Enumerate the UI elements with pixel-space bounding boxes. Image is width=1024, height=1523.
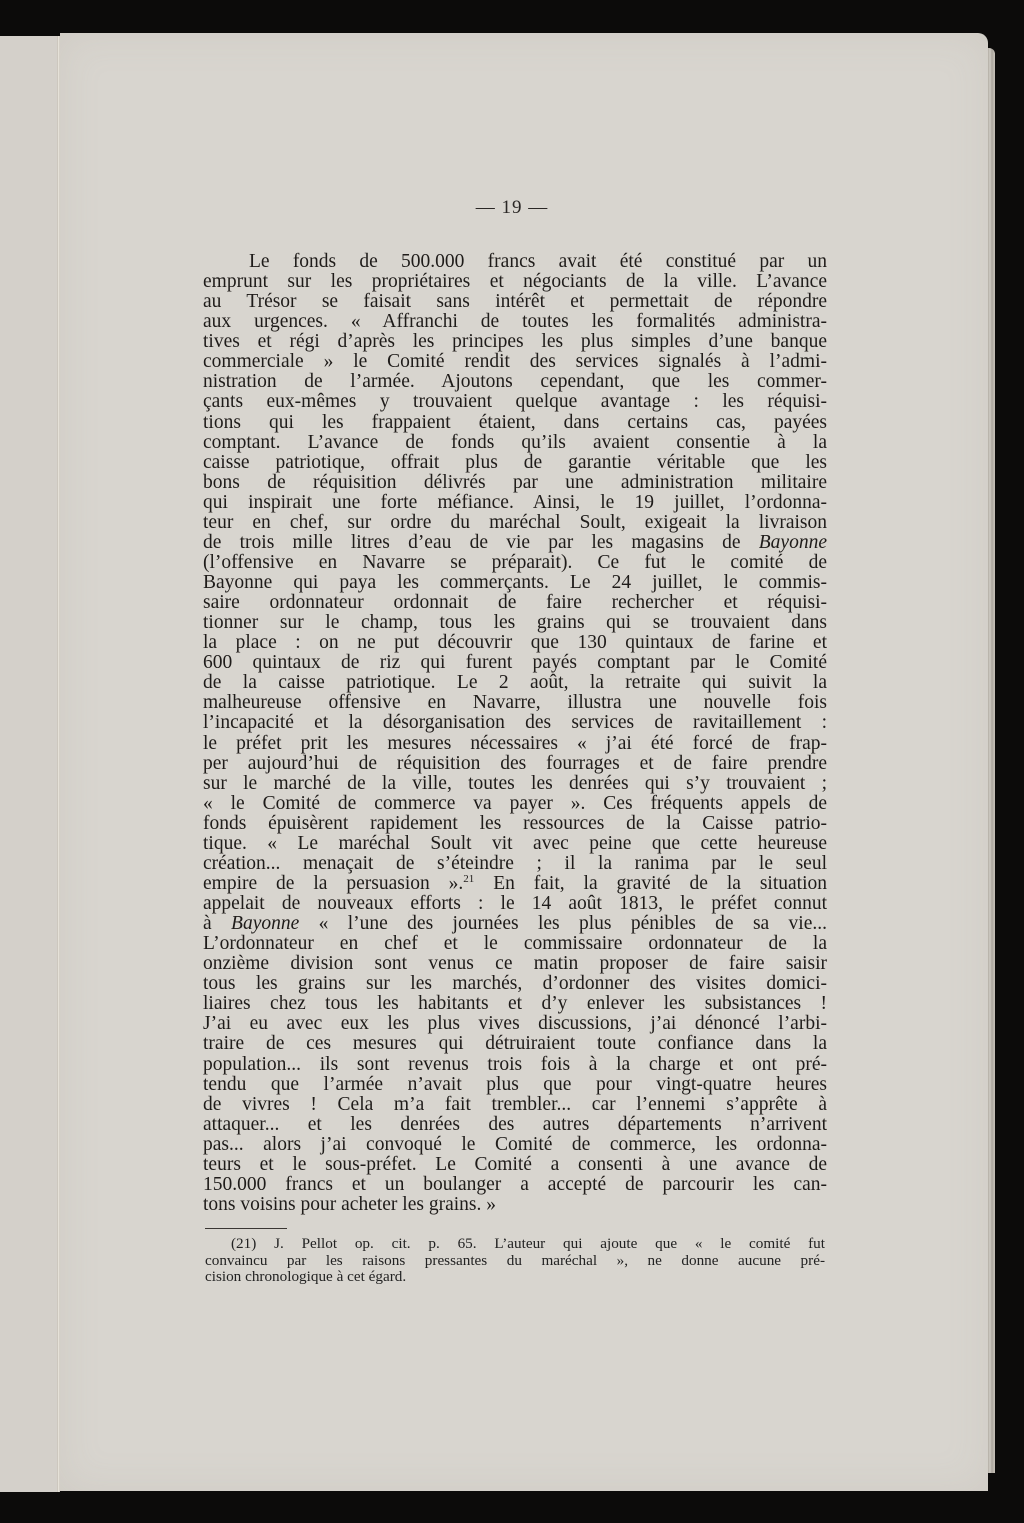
text-line: appelait de nouveaux efforts : le 14 aoû… bbox=[203, 894, 827, 914]
text-line: de la caisse patriotique. Le 2 août, la … bbox=[203, 673, 827, 693]
text-line: caisse patriotique, offrait plus de gara… bbox=[203, 453, 827, 473]
text-line: tendu que l’armée n’avait plus que pour … bbox=[203, 1075, 827, 1095]
text-line: emprunt sur les propriétaires et négocia… bbox=[203, 272, 827, 292]
footnote-line: convaincu par les raisons pressantes du … bbox=[205, 1253, 825, 1270]
text-line: bons de réquisition délivrés par une adm… bbox=[203, 473, 827, 493]
text-line: tons voisins pour acheter les grains. » bbox=[203, 1195, 827, 1215]
text-line: fonds épuisèrent rapidement les ressourc… bbox=[203, 814, 827, 834]
left-page-edge bbox=[0, 36, 60, 1492]
text-segment: à bbox=[203, 913, 231, 934]
text-line: qui inspirait une forte méfiance. Ainsi,… bbox=[203, 493, 827, 513]
body-paragraph: Le fonds de 500.000 francs avait été con… bbox=[203, 252, 827, 1215]
italic-place-name: Bayonne bbox=[759, 532, 827, 553]
text-line: nistration de l’armée. Ajoutons cependan… bbox=[203, 372, 827, 392]
text-line: 150.000 francs et un boulanger a accepté… bbox=[203, 1175, 827, 1195]
text-line: création... menaçait de s’éteindre ; il … bbox=[203, 854, 827, 874]
text-line: à Bayonne « l’une des journées les plus … bbox=[203, 914, 827, 934]
text-line: population... ils sont revenus trois foi… bbox=[203, 1055, 827, 1075]
footnote-line: cision chronologique à cet égard. bbox=[205, 1269, 825, 1286]
text-line: tous les grains sur les marchés, d’ordon… bbox=[203, 974, 827, 994]
text-line: (l’offensive en Navarre se préparait). C… bbox=[203, 553, 827, 573]
text-line: tique. « Le maréchal Soult vit avec pein… bbox=[203, 834, 827, 854]
page-number: — 19 — bbox=[0, 197, 1024, 219]
footnote-reference[interactable]: 21 bbox=[463, 873, 474, 885]
text-line: aux urgences. « Affranchi de toutes les … bbox=[203, 312, 827, 332]
text-segment: « l’une des journées les plus pénibles d… bbox=[299, 913, 827, 934]
text-line: J’ai eu avec eux les plus vives discussi… bbox=[203, 1014, 827, 1034]
text-line: l’incapacité et la désorganisation des s… bbox=[203, 713, 827, 733]
footnote-line: (21) J. Pellot op. cit. p. 65. L’auteur … bbox=[205, 1236, 825, 1253]
text-line: tionner sur le champ, tous les grains qu… bbox=[203, 613, 827, 633]
text-line: teurs et le sous-préfet. Le Comité a con… bbox=[203, 1155, 827, 1175]
text-line: çants eux-mêmes y trouvaient quelque ava… bbox=[203, 392, 827, 412]
text-line: sur le marché de la ville, toutes les de… bbox=[203, 774, 827, 794]
text-line: commerciale » le Comité rendit des servi… bbox=[203, 352, 827, 372]
text-line: saire ordonnateur ordonnait de faire rec… bbox=[203, 593, 827, 613]
text-line: Le fonds de 500.000 francs avait été con… bbox=[203, 252, 827, 272]
footnote-21: (21) J. Pellot op. cit. p. 65. L’auteur … bbox=[205, 1236, 825, 1286]
text-segment: de trois mille litres d’eau de vie par l… bbox=[203, 532, 759, 553]
footnote-divider bbox=[205, 1228, 287, 1229]
italic-place-name: Bayonne bbox=[231, 913, 299, 934]
text-line: traire de ces mesures qui détruiraient t… bbox=[203, 1034, 827, 1054]
text-line: de vivres ! Cela m’a fait trembler... ca… bbox=[203, 1095, 827, 1115]
text-line: de trois mille litres d’eau de vie par l… bbox=[203, 533, 827, 553]
text-line: Bayonne qui paya les commerçants. Le 24 … bbox=[203, 573, 827, 593]
text-line: empire de la persuasion ».21 En fait, la… bbox=[203, 874, 827, 894]
text-line: L’ordonnateur en chef et le commissaire … bbox=[203, 934, 827, 954]
text-line: attaquer... et les denrées des autres dé… bbox=[203, 1115, 827, 1135]
text-line: comptant. L’avance de fonds qu’ils avaie… bbox=[203, 433, 827, 453]
text-line: 600 quintaux de riz qui furent payés com… bbox=[203, 653, 827, 673]
text-line: le préfet prit les mesures nécessaires «… bbox=[203, 734, 827, 754]
text-line: malheureuse offensive en Navarre, illust… bbox=[203, 693, 827, 713]
text-line: onzième division sont venus ce matin pro… bbox=[203, 954, 827, 974]
text-line: tions qui les frappaient étaient, dans c… bbox=[203, 413, 827, 433]
text-line: tives et régi d’après les principes les … bbox=[203, 332, 827, 352]
text-line: pas... alors j’ai convoqué le Comité de … bbox=[203, 1135, 827, 1155]
text-line: au Trésor se faisait sans intérêt et per… bbox=[203, 292, 827, 312]
text-line: liaires chez tous les habitants et d’y e… bbox=[203, 994, 827, 1014]
text-line: teur en chef, sur ordre du maréchal Soul… bbox=[203, 513, 827, 533]
text-segment: empire de la persuasion ». bbox=[203, 873, 463, 894]
text-segment: En fait, la gravité de la situation bbox=[474, 873, 827, 894]
text-line: per aujourd’hui de réquisition des fourr… bbox=[203, 754, 827, 774]
text-line: la place : on ne put découvrir que 130 q… bbox=[203, 633, 827, 653]
text-line: « le Comité de commerce va payer ». Ces … bbox=[203, 794, 827, 814]
